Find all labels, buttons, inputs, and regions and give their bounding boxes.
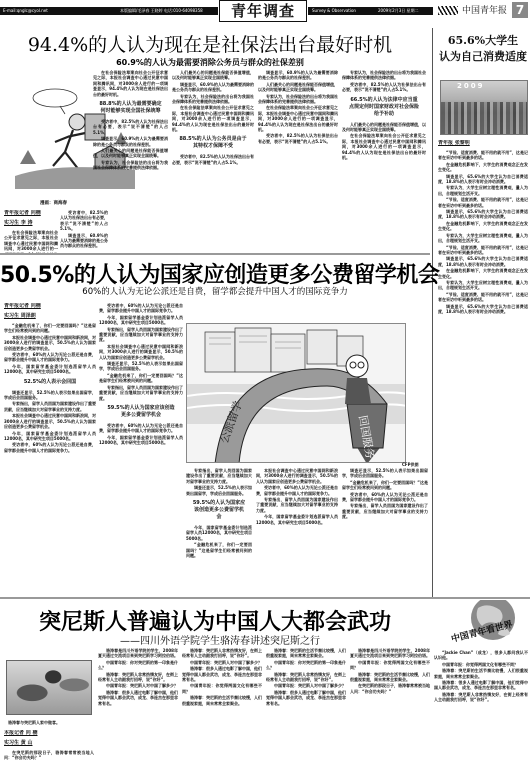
article1-paragraph: 在社会保险法草案向社会公开征求意见之际，本报社会调查中心通过民意中国网和腾讯网，…	[172, 105, 254, 132]
article2-paragraph: 受访者中，60%的人认为无论公派还是自费，留学都会提升中国人才的国际竞争力。	[99, 423, 183, 434]
article3-paragraph: 骆涛春：突尼斯人非常热情友好，在街上经常有人主动跟我打招呼，说“你好”。	[98, 672, 178, 683]
article1-paragraph: 专家认为，社会保险法的出台将为我国社会保障体系的完善提供法律依据。	[258, 94, 338, 105]
page-masthead: E-mail:qnglc@cyol.net 本版编辑/毛泽春 王晓婷 电话:01…	[0, 0, 530, 22]
article2-paragraph: 今年，国家留学基金委计划选派留学人员12000名，其中研究生项目5000名。	[4, 431, 96, 442]
masthead-email: E-mail:qnglc@cyol.net	[3, 7, 48, 15]
article2-paragraph: 今年，国家留学基金委计划选派留学人员12000名，其中研究生项目5000名。	[4, 364, 96, 375]
article3-paragraph: 骆涛春是四川外语学院的学生，2008年夏天通过交流项目来到突尼斯学习阿拉伯语。	[98, 648, 178, 659]
article3-paragraph: 中国青年报：你觉得两国文化有哪些不同？	[350, 660, 430, 671]
article1-byline-reporter: 青年报记者 向楠	[4, 210, 58, 217]
article2-paragraph: “金融危机来了，你们一定要回国吗？”这是留学生们经常被问到的问题。	[99, 373, 183, 384]
sidebar-paragraph: 调查显示，65.6%的大学生认为自己消费适度，18.8%的人表示有时会冲动消费。	[438, 304, 528, 315]
article2-paragraph: 受访者中，60%的人认为无论公派还是自费，留学都会提升中国人才的国际竞争力。	[4, 352, 96, 363]
article2-paragraph: 本报社会调查中心通过民意中国网和新浪网，对3000余人进行的调查显示，50.5%…	[256, 468, 338, 484]
sidebar-paragraph: “节俭、适度消费、能不用的就不用”，这是记者在采访中听到最多的话。	[438, 197, 528, 208]
article2-column-1: 青年报记者 向楠 实习生 周泽朗 “金融危机来了，你们一定要回国吗？”这是留学生…	[4, 303, 96, 595]
article1-headline: 94.4%的人认为现在是社保法出台最好时机	[0, 30, 420, 57]
article2-illustration: 公派留学 回国服务	[186, 323, 406, 463]
article3-column-3: 骆涛春：突尼斯人非常热情友好，在街上经常有人主动跟我打招呼，说“你好”。 中国青…	[182, 648, 262, 763]
article2-column-4: 本报社会调查中心通过民意中国网和新浪网，对3000余人进行的调查显示，50.5%…	[256, 468, 338, 595]
article2-paragraph: 受访者中，60%的人认为无论公派还是自费，留学都会提升中国人才的国际竞争力。	[256, 485, 338, 496]
article2-paragraph: 专家指出，留学人员回国为国家建设作出了重要贡献，应当继续加大对留学事业的支持力度…	[99, 385, 183, 401]
article2-paragraph: “金融危机来了，你们一定要回国吗？”这是留学生们经常被问到的问题。	[342, 480, 428, 491]
article2-byline-reporter: 青年报记者 向楠	[4, 303, 96, 310]
article1-byline-intern: 实习生 李 涛	[4, 220, 58, 227]
issue-date: 2009年2月3日 星期二	[378, 7, 419, 15]
article2-paragraph: 今年，国家留学基金委计划选派留学人员12000名，其中研究生项目5000名。	[256, 514, 338, 525]
article3-photo	[6, 660, 92, 715]
article1-paragraph: 专家认为，社会保险法的出台将为我国社会保障体系的完善提供法律依据。	[93, 160, 168, 171]
sidebar-paragraph: 在金融危机影响下，大学生的消费观念正在发生变化。	[438, 221, 528, 232]
sidebar-paragraph: 专家认为，大学生应树立理性消费观，量入为出，合理规划生活开支。	[438, 185, 528, 196]
article3-subheadline: ——四川外语学院学生骆涛春讲述突尼斯之行	[100, 632, 340, 647]
sidebar-paragraph: 调查显示，65.6%的大学生认为自己消费适度，18.8%的人表示有时会冲动消费。	[438, 174, 528, 185]
newspaper-logo: 中国青年报	[462, 3, 507, 16]
article1-paragraph: 在社会保险法草案向社会公开征求意见之际，本报社会调查中心通过民意中国网和腾讯网，…	[342, 133, 426, 160]
article2-paragraph: 专家指出，留学人员回国为国家建设作出了重要贡献，应当继续加大对留学事业的支持力度…	[256, 497, 338, 513]
article1-subhead: 88.5%的人认为公务员是由于其特权才保障不受	[178, 136, 248, 150]
article2-paragraph: 受访者中，60%的人认为无论公派还是自费，留学都会提升中国人才的国际竞争力。	[99, 303, 183, 314]
sidebar-paragraph: “节俭、适度消费、能不用的就不用”，这是记者在采访中听到最多的话。	[438, 245, 528, 256]
article2-subhead: 52.5%的人表示会回国	[10, 379, 90, 386]
article3-paragraph: 中国青年报：突尼斯人对中国了解多少？	[182, 660, 262, 665]
sidebar-paragraph: 专家认为，大学生应树立理性消费观，量入为出，合理规划生活开支。	[438, 233, 528, 244]
article2-subheadline: 60%的人认为无论公派还是自费，留学都会提升中国人才的国际竞争力	[0, 285, 430, 297]
article1-paragraph: 在社会保险法草案向社会公开征求意见之际，本报社会调查中心通过民意中国网和腾讯网，…	[93, 70, 168, 97]
sidebar-title: 65.6%大学生 认为自己消费适度	[438, 33, 528, 65]
article1-column-4: 调查显示，60.9%的人认为最需要消除的是公务员与群众的社保差别。 人们最关心的…	[258, 70, 338, 252]
article3-paragraph: 骆涛春：突尼斯人非常热情友好，在街上经常有人主动跟我打招呼，说“你好”。	[182, 648, 262, 659]
masthead-date-bar: Survey & Observation 2009年2月3日 星期二	[308, 7, 433, 15]
article3-paragraph: 骆涛春：突尼斯人非常热情友好，在街上经常有人主动跟我打招呼，说“你好”。	[434, 692, 528, 703]
article2-paragraph: “金融危机来了，你们一定要回国吗？”这是留学生们经常被问到的问题。	[186, 542, 252, 558]
article2-paragraph: 受访者中，60%的人认为无论公派还是自费，留学都会提升中国人才的国际竞争力。	[4, 442, 96, 453]
article1-paragraph: 受访者中，82.5%的人认为社保法出台有必要，表示“说不清楚”的人占5.1%。	[93, 119, 168, 135]
article1-paragraph: 人们最关心的问题是社保能否保值增值，以及何时能够真正实现全国统筹。	[342, 122, 426, 133]
article2-paragraph: 专家指出，留学人员回国为国家建设作出了重要贡献，应当继续加大对留学事业的支持力度…	[186, 468, 252, 484]
article1-column-1: 青年报记者 向楠 实习生 李 涛 在社会保险法草案向社会公开征求意见之际，本报社…	[4, 210, 58, 255]
article3-paragraph: 骆涛春：突尼斯的生活节奏比较慢，人们很重视家庭，周末常常全家聚会。	[182, 695, 262, 706]
sidebar-paragraph: 在金融危机影响下，大学生的消费观念正在发生变化。	[438, 162, 528, 173]
article2-paragraph: 今年，国家留学基金委计划选派留学人员12000名，其中研究生项目5000名。	[99, 315, 183, 326]
article2-column-2: 受访者中，60%的人认为无论公派还是自费，留学都会提升中国人才的国际竞争力。 今…	[99, 303, 183, 595]
article3-column-4: 骆涛春：突尼斯的生活节奏比较慢，人们很重视家庭，周末常常全家聚会。 中国青年报：…	[266, 648, 346, 763]
article1-cartoon-credit: 漫画：商海春	[40, 200, 67, 206]
section-divider	[0, 597, 530, 599]
article1-paragraph: 受访者中，82.5%的人认为社保法出台有必要，表示“说不清楚”的人占5.1%。	[258, 133, 338, 144]
article2-paragraph: 今年，国家留学基金委计划选派留学人员12000名，其中研究生项目5000名。	[99, 435, 183, 446]
article3-paragraph: 骆涛春：突尼斯的生活节奏比较慢，人们很重视家庭，周末常常全家聚会。	[266, 648, 346, 659]
article2-paragraph: 专家指出，留学人员回国为国家建设作出了重要贡献，应当继续加大对留学事业的支持力度…	[99, 327, 183, 343]
article2-byline-intern: 实习生 周泽朗	[4, 313, 96, 320]
article3-paragraph: 骆涛春：很多人通过电影了解中国，他们觉得中国人都会武功，成龙、李连杰在那里非常有…	[266, 690, 346, 706]
article2-subhead: 59.5%的人认为国家应该创造更多公费留学机会	[105, 405, 177, 419]
page-number: 7	[512, 2, 528, 18]
sidebar-photo: 2009	[440, 80, 528, 135]
article3-paragraph: 骆涛春：很多人通过电影了解中国，他们觉得中国人都会武功，成龙、李连杰在那里非常有…	[434, 680, 528, 691]
article3-paragraph: 中国青年报：突尼斯人对中国了解多少？	[98, 683, 178, 688]
article3-column-5: 骆涛春是四川外语学院的学生，2008年夏天通过交流项目来到突尼斯学习阿拉伯语。 …	[350, 648, 430, 763]
article3-paragraph: 中国青年报：你对突尼斯的第一印象是什么？	[98, 660, 178, 671]
article1-paragraph: 调查显示，60.9%的人认为最需要消除的是公务员与群众的社保差别。	[258, 70, 338, 81]
article3-column-6: “Jackie Chan”（成龙），很多人都问我认不认识他。 中国青年报：你觉得…	[434, 650, 528, 763]
article3-column-2: 骆涛春是四川外语学院的学生，2008年夏天通过交流项目来到突尼斯学习阿拉伯语。 …	[98, 648, 178, 763]
article1-column-5: 专家认为，社会保险法的出台将为我国社会保障体系的完善提供法律依据。 受访者中，8…	[342, 70, 426, 252]
article3-paragraph: “Jackie Chan”（成龙），很多人都问我认不认识他。	[434, 650, 528, 661]
sidebar-paragraph: “节俭、适度消费、能不用的就不用”，这是记者在采访中听到最多的话。	[438, 150, 528, 161]
article1-paragraph: 调查显示，60.9%的人认为最需要消除的是公务员与群众的社保差别。	[93, 136, 168, 147]
article3-byline-intern: 实习生 黄 山	[4, 740, 94, 747]
article2-paragraph: 受访者中，60%的人认为无论公派还是自费，留学都会提升中国人才的国际竞争力。	[342, 492, 428, 503]
article1-subheadline: 60.9%的人认为最需要消除公务员与群众的社保差别	[0, 57, 420, 68]
sidebar-byline: 青年报 张黎明	[438, 140, 528, 147]
sidebar-paragraph: 专家认为，大学生应树立理性消费观，量入为出，合理规划生活开支。	[438, 280, 528, 291]
article3-paragraph: 中国青年报：突尼斯人对中国了解多少？	[266, 683, 346, 688]
article2-paragraph: 专家指出，留学人员回国为国家建设作出了重要贡献，应当继续加大对留学事业的支持力度…	[342, 503, 428, 519]
section-title: 青年调查	[219, 0, 307, 22]
article1-paragraph: 受访者中，82.5%的人认为社保法出台有必要，表示“说不清楚”的人占5.1%。	[172, 154, 254, 165]
column-divider	[432, 28, 433, 598]
article3-photo-caption: 骆涛春与突尼斯人家中做客。	[8, 720, 60, 726]
article2-paragraph: 调查还显示，52.5%的人表示如果出国留学，学成后会回国服务。	[99, 361, 183, 372]
article3-paragraph: 骆涛春：突尼斯的生活节奏比较慢，人们很重视家庭，周末常常全家聚会。	[350, 672, 430, 683]
article3-paragraph: 中国青年报：你对突尼斯的第一印象是什么？	[266, 660, 346, 671]
article3-paragraph: 在突尼斯的那段日子，骆涛春常常被当地人问：“你会功夫吗？”	[350, 683, 430, 694]
article1-paragraph: 专家认为，社会保险法的出台将为我国社会保障体系的完善提供法律依据。	[172, 94, 254, 105]
article1-subhead: 66.5%的人认为法律中应当重点规定何时国家财政对社会保险给予补助	[348, 97, 420, 118]
decorative-stripes-icon	[438, 6, 458, 15]
masthead-editors: 本版编辑/毛泽春 王晓婷 电话:010-64098358	[120, 7, 203, 15]
article1-paragraph: 人们最关心的问题是社保能否保值增值，以及何时能够真正实现全国统筹。	[172, 70, 254, 81]
article3-column-1: 本报记者 向 楠 实习生 黄 山 在突尼斯的那段日子，骆涛春常常被当地人问：“你…	[4, 730, 94, 763]
sidebar-photo-year: 2009	[457, 82, 484, 90]
sidebar-title-line2: 认为自己消费适度	[438, 49, 528, 65]
article2-paragraph: “金融危机来了，你们一定要回国吗？”这是留学生们经常被问到的问题。	[4, 323, 96, 334]
article1-paragraph: 受访者中，82.5%的人认为社保法出台有必要，表示“说不清楚”的人占5.1%。	[342, 82, 426, 93]
article3-paragraph: 骆涛春：突尼斯人非常热情友好，在街上经常有人主动跟我打招呼，说“你好”。	[266, 672, 346, 683]
sidebar-paragraph: 调查显示，65.6%的大学生认为自己消费适度，18.8%的人表示有时会冲动消费。	[438, 256, 528, 267]
article2-subhead: 59.5%的人认为国家应该创造更多公费留学机会	[192, 500, 246, 521]
article2-paragraph: 本报社会调查中心通过民意中国网和新浪网，对3000余人进行的调查显示，50.5%…	[4, 413, 96, 429]
article2-paragraph: 专家指出，留学人员回国为国家建设作出了重要贡献，应当继续加大对留学事业的支持力度…	[4, 401, 96, 412]
article2-paragraph: 调查还显示，52.5%的人表示如果出国留学，学成后会回国服务。	[342, 468, 428, 479]
study-abroad-bridge-illustration-icon: 公派留学 回国服务	[187, 324, 406, 463]
article1-paragraph: 在社会保险法草案向社会公开征求意见之际，本报社会调查中心通过民意中国网和腾讯网，…	[4, 230, 58, 255]
article3-paragraph: 骆涛春：突尼斯的生活节奏比较慢，人们很重视家庭，周末常常全家聚会。	[434, 668, 528, 679]
article3-paragraph: 骆涛春：很多人通过电影了解中国，他们觉得中国人都会武功，成龙、李连杰在那里非常有…	[98, 690, 178, 706]
article2-paragraph: 今年，国家留学基金委计划选派留学人员12000名，其中研究生项目5000名。	[186, 525, 252, 541]
article1-column-2: 在社会保险法草案向社会公开征求意见之际，本报社会调查中心通过民意中国网和腾讯网，…	[93, 70, 168, 252]
article3-byline-reporter: 本报记者 向 楠	[4, 730, 94, 737]
sidebar-paragraph: “节俭、适度消费、能不用的就不用”，这是记者在采访中听到最多的话。	[438, 292, 528, 303]
section-english-title: Survey & Observation	[312, 7, 356, 15]
article2-column-3: 专家指出，留学人员回国为国家建设作出了重要贡献，应当继续加大对留学事业的支持力度…	[186, 468, 252, 595]
article1-paragraph: 人们最关心的问题是社保能否保值增值，以及何时能够真正实现全国统筹。	[258, 82, 338, 93]
article2-paragraph: 本报社会调查中心通过民意中国网和新浪网，对3000余人进行的调查显示，50.5%…	[4, 335, 96, 351]
section-divider	[0, 253, 430, 255]
article1-paragraph: 专家认为，社会保险法的出台将为我国社会保障体系的完善提供法律依据。	[342, 70, 426, 81]
article2-paragraph: 调查还显示，52.5%的人表示如果出国留学，学成后会回国服务。	[186, 485, 252, 496]
sidebar-paragraph: 调查显示，65.6%的大学生认为自己消费适度，18.8%的人表示有时会冲动消费。	[438, 209, 528, 220]
sidebar-body: 青年报 张黎明 “节俭、适度消费、能不用的就不用”，这是记者在采访中听到最多的话…	[438, 140, 528, 595]
article3-paragraph: 中国青年报：你觉得两国文化有哪些不同？	[182, 683, 262, 694]
article1-subhead: 88.8%的人认为最需要确定何时能够实现全国社保统筹	[99, 101, 162, 115]
sidebar-paragraph: 在金融危机影响下，大学生的消费观念正在发生变化。	[438, 268, 528, 279]
article3-paragraph: 骆涛春是四川外语学院的学生，2008年夏天通过交流项目来到突尼斯学习阿拉伯语。	[350, 648, 430, 659]
article1-paragraph: 调查显示，60.9%的人认为最需要消除的是公务员与群众的社保差别。	[172, 82, 254, 93]
article2-paragraph: 本报社会调查中心通过民意中国网和新浪网，对3000余人进行的调查显示，50.5%…	[99, 344, 183, 360]
students-group-photo-icon	[441, 102, 527, 134]
article3-paragraph: 骆涛春：很多人通过电影了解中国，他们觉得中国人都会武功，成龙、李连杰在那里非常有…	[182, 666, 262, 682]
article2-paragraph: 调查还显示，52.5%的人表示如果出国留学，学成后会回国服务。	[4, 390, 96, 401]
article2-column-5: 调查还显示，52.5%的人表示如果出国留学，学成后会回国服务。 “金融危机来了，…	[342, 468, 428, 595]
sidebar-title-line1: 65.6%大学生	[438, 33, 528, 49]
article1-column-3: 人们最关心的问题是社保能否保值增值，以及何时能够真正实现全国统筹。 调查显示，6…	[172, 70, 254, 252]
article1-paragraph: 人们最关心的问题是社保能否保值增值，以及何时能够真正实现全国统筹。	[93, 148, 168, 159]
masthead-info-bar: E-mail:qnglc@cyol.net 本版编辑/毛泽春 王晓婷 电话:01…	[0, 7, 218, 15]
globe-icon: 中国青年看世界	[448, 600, 528, 648]
china-youth-world-badge: 中国青年看世界	[448, 600, 528, 648]
article3-paragraph: 中国青年报：你觉得两国文化有哪些不同？	[434, 662, 528, 667]
article3-paragraph: 在突尼斯的那段日子，骆涛春常常被当地人问：“你会功夫吗？”	[4, 750, 94, 761]
article1-paragraph: 在社会保险法草案向社会公开征求意见之际，本报社会调查中心通过民意中国网和腾讯网，…	[258, 105, 338, 132]
